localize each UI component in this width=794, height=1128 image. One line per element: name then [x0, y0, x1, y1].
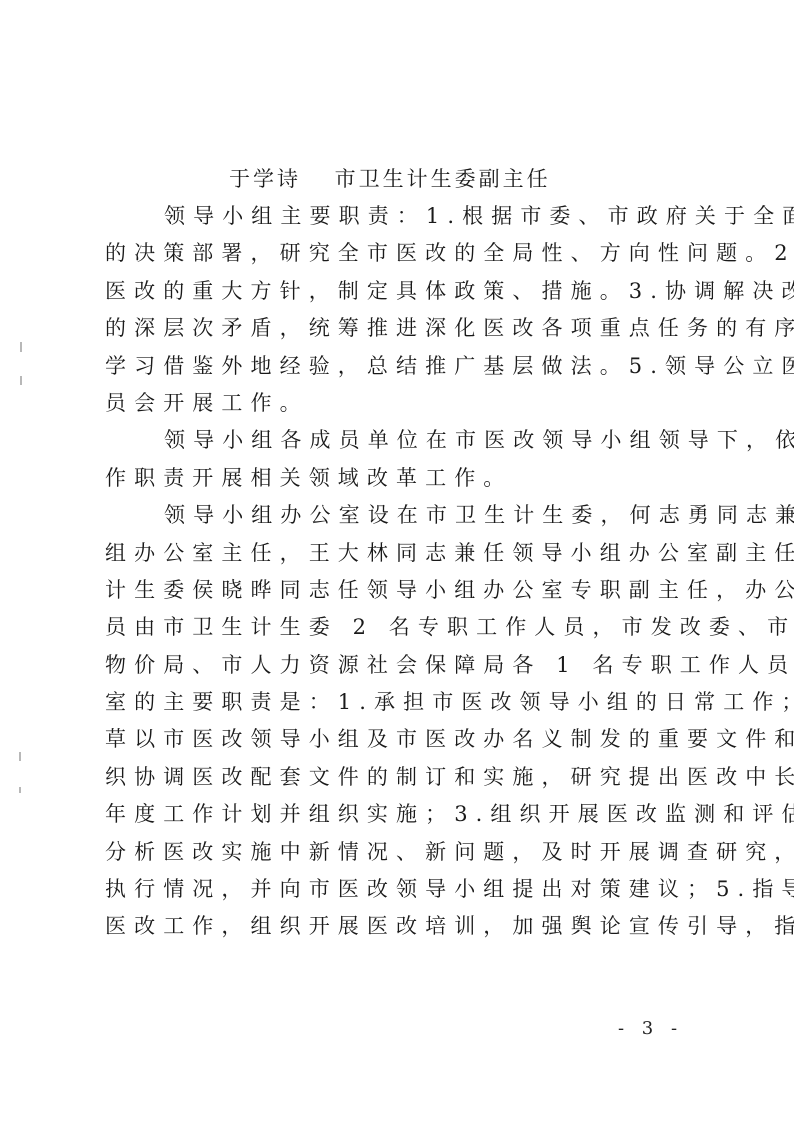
- text-line: 的决策部署，研究全市医改的全局性、方向性问题。2.提出深化: [105, 235, 693, 272]
- paragraph-member-units: 领导小组各成员单位在市医改领导小组领导下，依据各自工 作职责开展相关领域改革工作…: [105, 422, 693, 497]
- text-line: 学习借鉴外地经验，总结推广基层做法。5.领导公立医院管理委: [105, 348, 693, 385]
- text-line: 领导小组办公室设在市卫生计生委，何志勇同志兼任领导小: [105, 497, 693, 534]
- text-line: 领导小组主要职责：1.根据市委、市政府关于全面深化改革: [105, 198, 693, 235]
- person-title-line: 于学诗 市卫生计生委副主任: [105, 160, 693, 198]
- text-line: 织协调医改配套文件的制订和实施，研究提出医改中长期规划和: [105, 759, 693, 796]
- margin-scan-mark: [20, 376, 22, 385]
- text-line: 组办公室主任，王大林同志兼任领导小组办公室副主任，市卫生: [105, 535, 693, 572]
- document-body: 于学诗 市卫生计生委副主任 领导小组主要职责：1.根据市委、市政府关于全面深化改…: [105, 160, 693, 946]
- text-line: 室的主要职责是：1.承担市医改领导小组的日常工作；2.负责起: [105, 684, 693, 721]
- text-line: 医改工作，组织开展医改培训，加强舆论宣传引导，指导和推广: [105, 908, 693, 945]
- document-page: 于学诗 市卫生计生委副主任 领导小组主要职责：1.根据市委、市政府关于全面深化改…: [0, 0, 794, 1128]
- margin-scan-mark: [20, 342, 22, 352]
- text-line: 领导小组各成员单位在市医改领导小组领导下，依据各自工: [105, 422, 693, 459]
- text-line: 草以市医改领导小组及市医改办名义制发的重要文件和报告，组: [105, 721, 693, 758]
- text-line: 分析医改实施中新情况、新问题，及时开展调查研究，总结政策: [105, 834, 693, 871]
- text-line: 作职责开展相关领域改革工作。: [105, 460, 693, 497]
- text-line: 年度工作计划并组织实施；3.组织开展医改监测和评估；4.跟踪: [105, 796, 693, 833]
- text-line: 员会开展工作。: [105, 385, 693, 422]
- text-line: 的深层次矛盾，统筹推进深化医改各项重点任务的有序落实。4.: [105, 310, 693, 347]
- margin-scan-mark: [19, 752, 21, 761]
- paragraph-office-duties: 领导小组办公室设在市卫生计生委，何志勇同志兼任领导小 组办公室主任，王大林同志兼…: [105, 497, 693, 946]
- text-line: 执行情况，并向市医改领导小组提出对策建议；5.指导基层推进: [105, 871, 693, 908]
- paragraph-leadership-duties: 领导小组主要职责：1.根据市委、市政府关于全面深化改革 的决策部署，研究全市医改…: [105, 198, 693, 422]
- text-line: 计生委侯晓晔同志任领导小组办公室专职副主任，办公室其他人: [105, 572, 693, 609]
- page-number: - 3 -: [618, 1018, 683, 1039]
- text-line: 员由市卫生计生委 2 名专职工作人员，市发改委、市财政局、市: [105, 609, 693, 646]
- margin-scan-mark: [19, 787, 21, 793]
- text-line: 物价局、市人力资源社会保障局各 1 名专职工作人员组成。办公: [105, 647, 693, 684]
- text-line: 医改的重大方针，制定具体政策、措施。3.协调解决改革中遇到: [105, 273, 693, 310]
